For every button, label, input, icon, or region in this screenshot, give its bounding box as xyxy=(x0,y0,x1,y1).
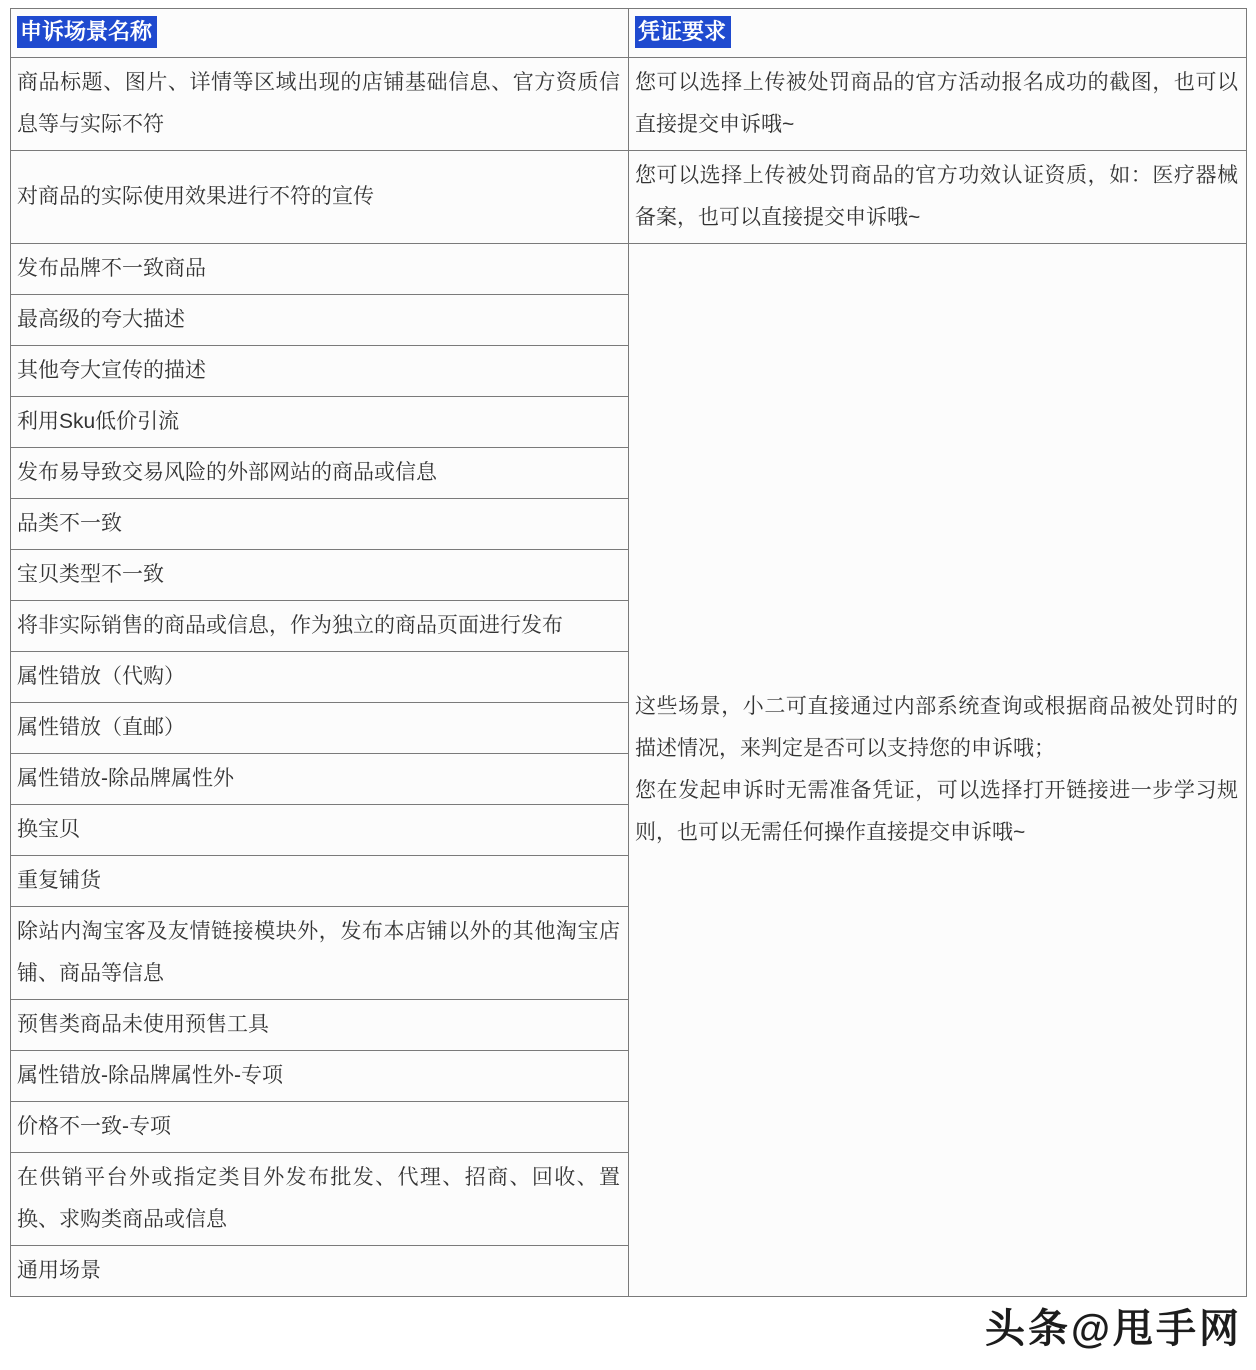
scenario-cell: 通用场景 xyxy=(11,1246,629,1297)
appeal-evidence-table: 申诉场景名称 凭证要求 商品标题、图片、详情等区域出现的店铺基础信息、官方资质信… xyxy=(10,8,1247,1297)
requirement-cell: 您可以选择上传被处罚商品的官方活动报名成功的截图，也可以直接提交申诉哦~ xyxy=(629,58,1247,151)
requirement-merged-cell: 这些场景，小二可直接通过内部系统查询或根据商品被处罚时的描述情况，来判定是否可以… xyxy=(629,244,1247,1297)
col-header-requirement-label: 凭证要求 xyxy=(635,16,731,48)
article-page: 申诉场景名称 凭证要求 商品标题、图片、详情等区域出现的店铺基础信息、官方资质信… xyxy=(10,8,1246,1297)
scenario-cell: 品类不一致 xyxy=(11,499,629,550)
scenario-cell: 换宝贝 xyxy=(11,805,629,856)
table-row: 商品标题、图片、详情等区域出现的店铺基础信息、官方资质信息等与实际不符 您可以选… xyxy=(11,58,1247,151)
merged-requirement-line-1: 这些场景，小二可直接通过内部系统查询或根据商品被处罚时的描述情况，来判定是否可以… xyxy=(635,686,1238,770)
scenario-cell: 其他夸大宣传的描述 xyxy=(11,346,629,397)
table-header-row: 申诉场景名称 凭证要求 xyxy=(11,9,1247,58)
merged-requirement-line-2: 您在发起申诉时无需准备凭证，可以选择打开链接进一步学习规则，也可以无需任何操作直… xyxy=(635,770,1238,854)
scenario-cell: 属性错放（代购） xyxy=(11,652,629,703)
requirement-cell: 您可以选择上传被处罚商品的官方功效认证资质，如：医疗器械备案，也可以直接提交申诉… xyxy=(629,151,1247,244)
scenario-cell: 属性错放（直邮） xyxy=(11,703,629,754)
scenario-cell: 最高级的夸大描述 xyxy=(11,295,629,346)
scenario-cell: 将非实际销售的商品或信息，作为独立的商品页面进行发布 xyxy=(11,601,629,652)
scenario-cell: 利用Sku低价引流 xyxy=(11,397,629,448)
scenario-cell: 在供销平台外或指定类目外发布批发、代理、招商、回收、置换、求购类商品或信息 xyxy=(11,1153,629,1246)
scenario-cell: 宝贝类型不一致 xyxy=(11,550,629,601)
scenario-cell: 重复铺货 xyxy=(11,856,629,907)
table-row: 发布品牌不一致商品 这些场景，小二可直接通过内部系统查询或根据商品被处罚时的描述… xyxy=(11,244,1247,295)
toutiao-watermark: 头条@甩手网 xyxy=(985,1297,1242,1354)
col-header-scenario: 申诉场景名称 xyxy=(11,9,629,58)
scenario-cell: 发布品牌不一致商品 xyxy=(11,244,629,295)
scenario-cell: 发布易导致交易风险的外部网站的商品或信息 xyxy=(11,448,629,499)
scenario-cell: 除站内淘宝客及友情链接模块外，发布本店铺以外的其他淘宝店铺、商品等信息 xyxy=(11,907,629,1000)
scenario-cell: 属性错放-除品牌属性外 xyxy=(11,754,629,805)
col-header-requirement: 凭证要求 xyxy=(629,9,1247,58)
scenario-cell: 对商品的实际使用效果进行不符的宣传 xyxy=(11,151,629,244)
col-header-scenario-label: 申诉场景名称 xyxy=(17,16,157,48)
scenario-cell: 预售类商品未使用预售工具 xyxy=(11,1000,629,1051)
table-row: 对商品的实际使用效果进行不符的宣传 您可以选择上传被处罚商品的官方功效认证资质，… xyxy=(11,151,1247,244)
scenario-cell: 商品标题、图片、详情等区域出现的店铺基础信息、官方资质信息等与实际不符 xyxy=(11,58,629,151)
scenario-cell: 价格不一致-专项 xyxy=(11,1102,629,1153)
scenario-cell: 属性错放-除品牌属性外-专项 xyxy=(11,1051,629,1102)
